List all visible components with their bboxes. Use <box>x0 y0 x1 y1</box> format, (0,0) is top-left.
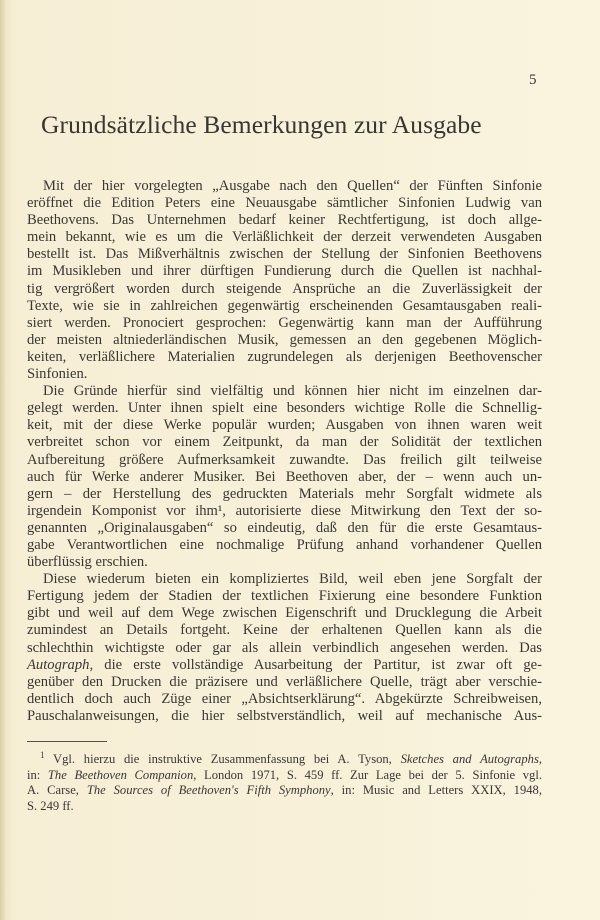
italic-title: Autograph <box>27 657 89 673</box>
text-line: Texte, wie sie in zahlreichen gegenwärti… <box>27 298 542 315</box>
text-line: bestellt ist. Das Mißverhältnis zwischen… <box>27 246 542 263</box>
text-line: Autograph, die erste vollständige Ausarb… <box>27 657 542 674</box>
text-line: Die Gründe hierfür sind vielfältig und k… <box>27 383 542 400</box>
text-line: Sinfonien. <box>27 366 542 383</box>
text-line: Beethovens. Das Unternehmen bedarf keine… <box>27 212 542 229</box>
text-line: Diese wiederum bieten ein kompliziertes … <box>27 571 542 588</box>
page-title: Grundsätzliche Bemerkungen zur Ausgabe <box>41 110 482 140</box>
text-line: gern – der Herstellung des gedruckten Ma… <box>27 486 542 503</box>
text-line: siert werden. Pronociert gesprochen: Geg… <box>27 315 542 332</box>
text-line: eröffnet die Edition Peters eine Neuausg… <box>27 195 542 212</box>
text-line: gabe Verantwortlichen eine nochmalige Pr… <box>27 537 542 554</box>
paragraph-2: Die Gründe hierfür sind vielfältig und k… <box>27 383 542 571</box>
footnote-text: Vgl. hierzu die instruktive Zusammenfass… <box>53 752 542 766</box>
text-line: Aufbereitung größere Aufmerksamkeit zuwa… <box>27 452 542 469</box>
text-line: irgendein Komponist vor ihm¹, autorisier… <box>27 503 542 520</box>
footnote-line: S. 249 ff. <box>27 799 542 815</box>
footnote-divider <box>27 741 107 742</box>
text-line: gelegt werden. Unter ihnen spielt eine b… <box>27 400 542 417</box>
text-line: genannten „Originalausgaben“ so eindeuti… <box>27 520 542 537</box>
footnote-line: A. Carse, The Sources of Beethoven's Fif… <box>27 783 542 799</box>
binding-edge <box>0 0 5 920</box>
italic-title: The Sources of Beethoven's Fifth Symphon… <box>87 783 331 797</box>
text-line: tig vergrößert worden durch steigende An… <box>27 281 542 298</box>
text-line: keiten, verläßlichere Materialien zugrun… <box>27 349 542 366</box>
italic-title: Sketches and Autographs <box>401 752 539 766</box>
text-line: gibt und weil auf dem Wege zwischen Eige… <box>27 605 542 622</box>
paragraph-1: Mit der hier vorgelegten „Ausgabe nach d… <box>27 178 542 383</box>
text-line: überflüssig erschien. <box>27 554 542 571</box>
text-line: Fertigung jedem der Stadien der textlich… <box>27 588 542 605</box>
italic-title: The Beethoven Companion <box>48 768 193 782</box>
text-line: genüber den Drucken die präzisere und ve… <box>27 674 542 691</box>
footnote-line: in: The Beethoven Companion, London 1971… <box>27 768 542 784</box>
text-line: schlechthin wichtigste oder gar als alle… <box>27 640 542 657</box>
text-line: im Musikleben und ihrer dürftigen Fundie… <box>27 263 542 280</box>
footnote-line: 1 Vgl. hierzu die instruktive Zusammenfa… <box>27 752 542 768</box>
text-line: zumindest an Details fortgeht. Keine der… <box>27 622 542 639</box>
text-line: verbreitet schon vor einem Zeitpunkt, da… <box>27 434 542 451</box>
text-line: mein bekannt, wie es um die Verläßlichke… <box>27 229 542 246</box>
text-line: auch für Werke anderer Musiker. Bei Beet… <box>27 469 542 486</box>
body-text: Mit der hier vorgelegten „Ausgabe nach d… <box>27 178 542 725</box>
text-line: keit, mit der diese Werke populär wurden… <box>27 417 542 434</box>
footnote-marker: 1 <box>40 750 45 760</box>
footnote: 1 Vgl. hierzu die instruktive Zusammenfa… <box>27 752 542 814</box>
book-page: 5 Grundsätzliche Bemerkungen zur Ausgabe… <box>0 0 600 920</box>
text-line: der meisten altniederländischen Musik, g… <box>27 332 542 349</box>
text-line: dentlich doch auch Züge einer „Absichtse… <box>27 691 542 708</box>
page-number: 5 <box>529 72 537 89</box>
paragraph-3: Diese wiederum bieten ein kompliziertes … <box>27 571 542 725</box>
text-line: Pauschalanweisungen, die hier selbstvers… <box>27 708 542 725</box>
text-line: Mit der hier vorgelegten „Ausgabe nach d… <box>27 178 542 195</box>
